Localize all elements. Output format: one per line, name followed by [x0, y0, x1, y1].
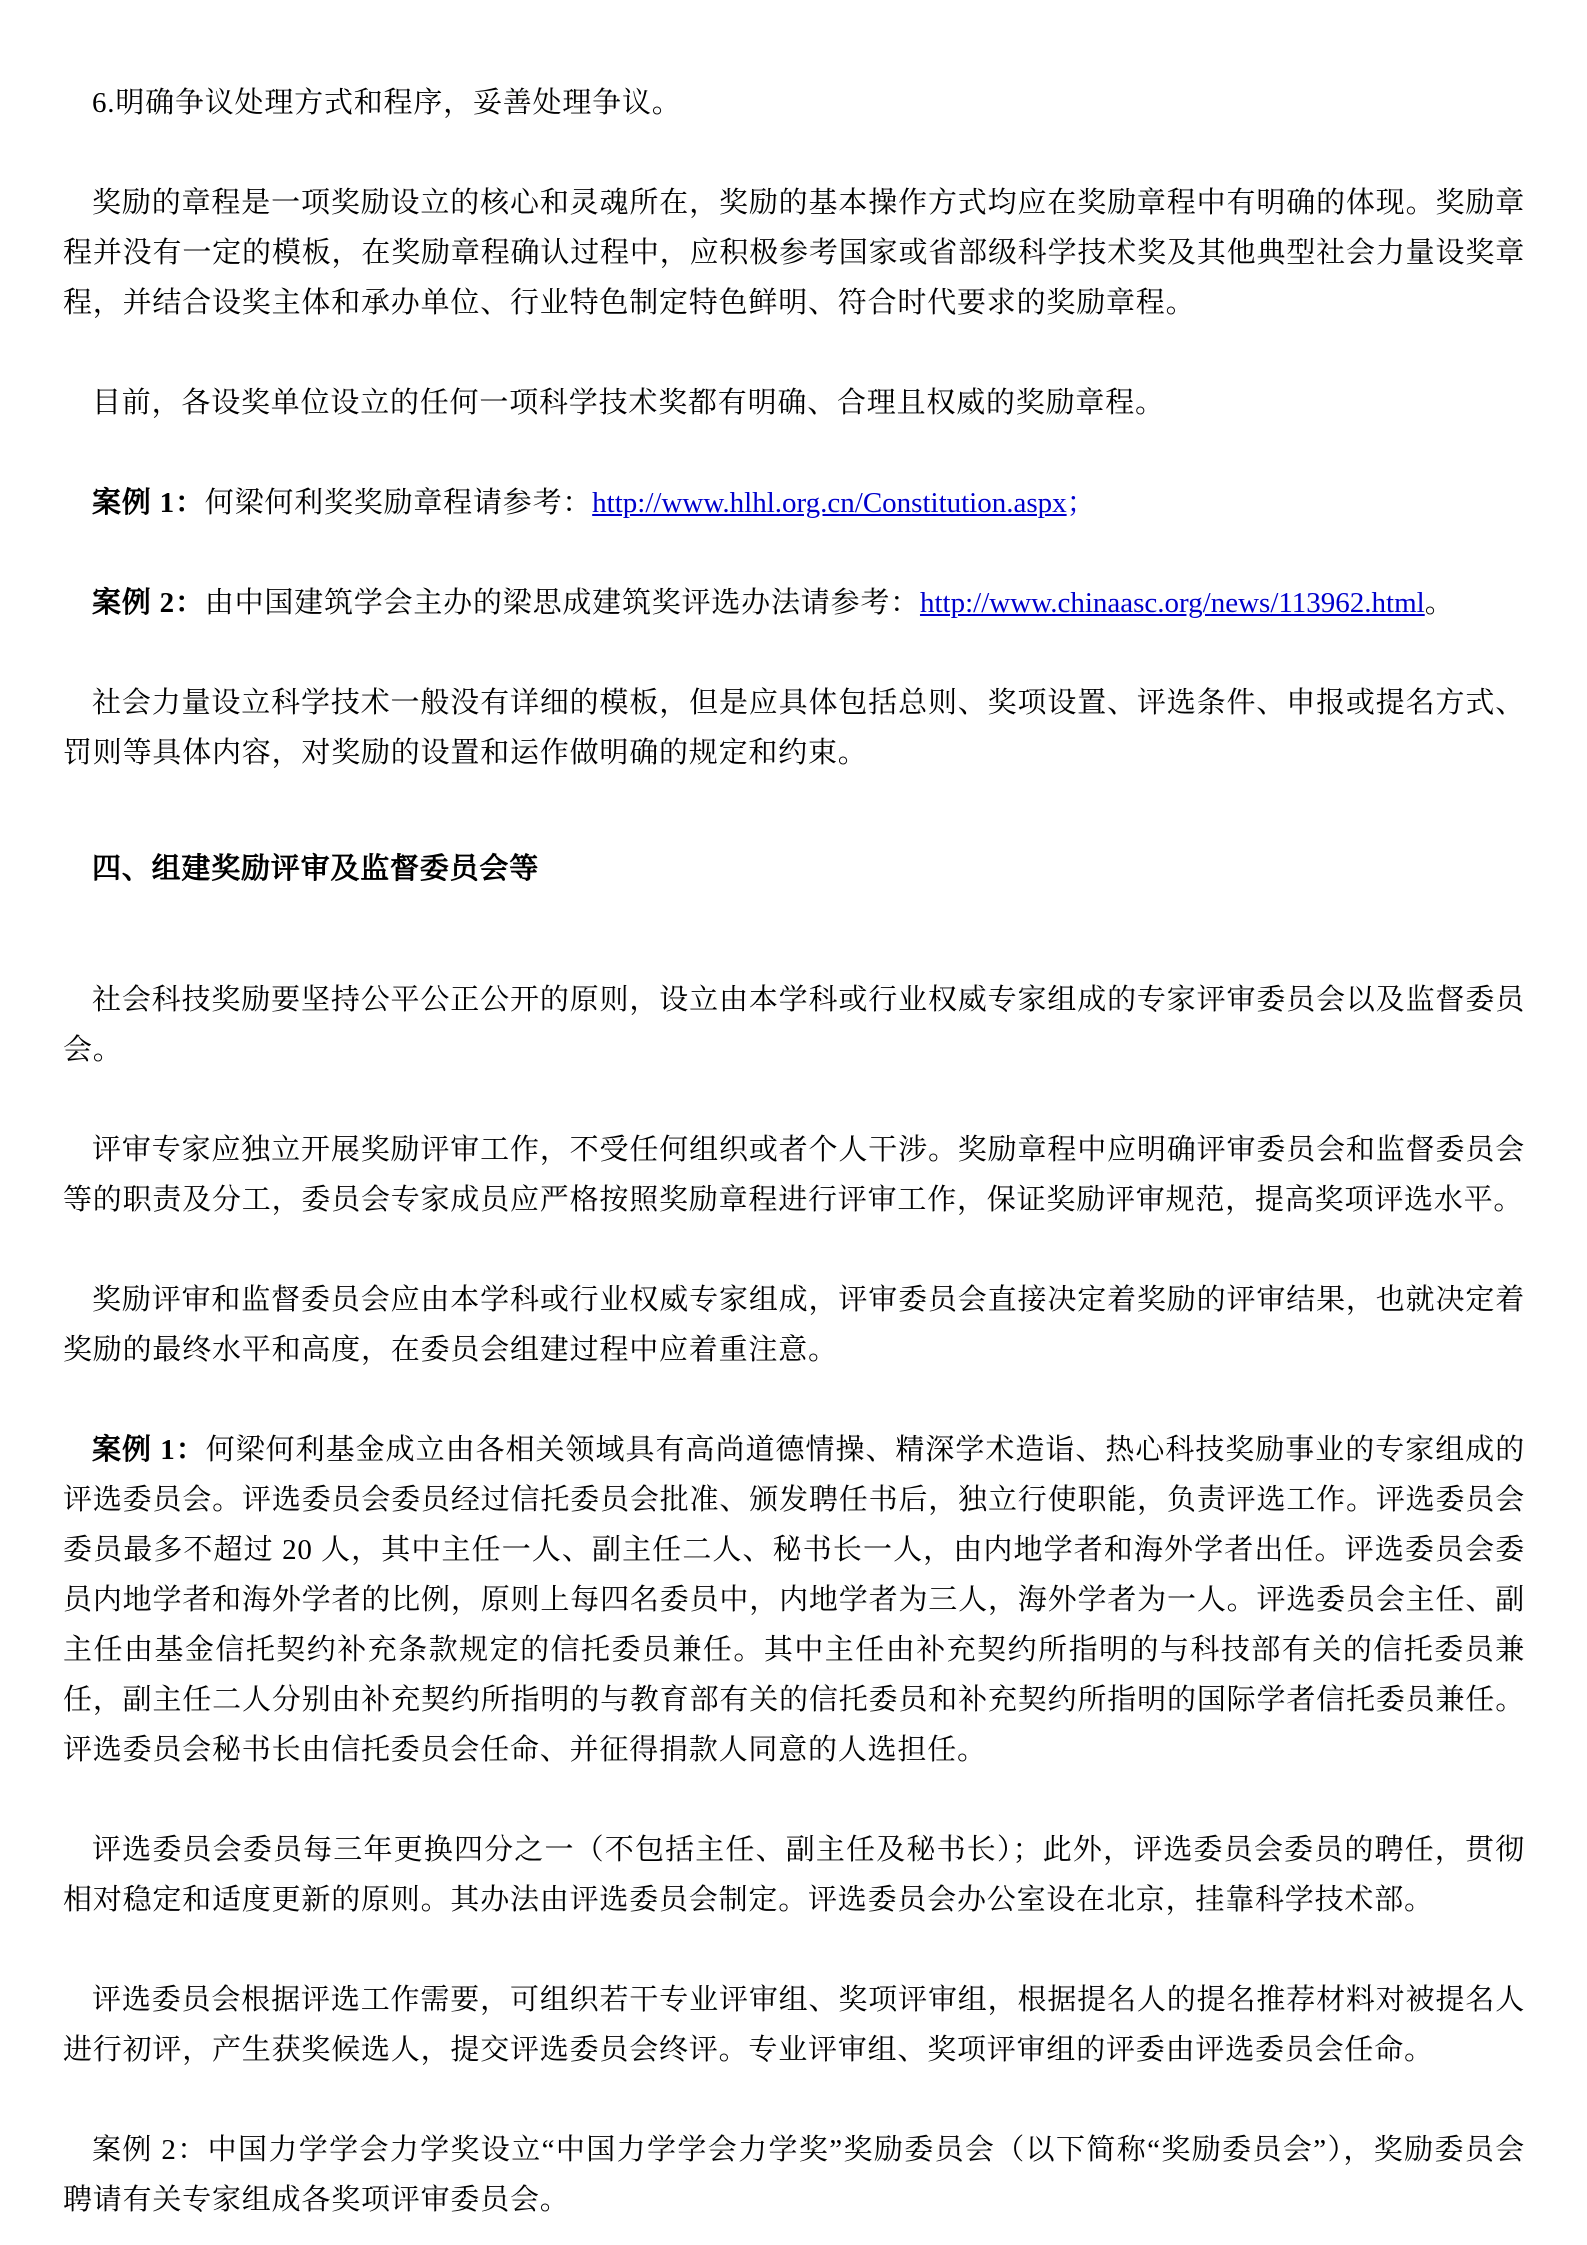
- paragraph: 社会力量设立科学技术一般没有详细的模板，但是应具体包括总则、奖项设置、评选条件、…: [63, 678, 1525, 778]
- paragraph: 案例 2：中国力学学会力学奖设立“中国力学学会力学奖”奖励委员会（以下简称“奖励…: [63, 2125, 1525, 2225]
- paragraph-text: 社会科技奖励要坚持公平公正公开的原则，设立由本学科或行业权威专家组成的专家评审委…: [63, 984, 1525, 1066]
- paragraph: 6.明确争议处理方式和程序，妥善处理争议。: [63, 78, 1525, 128]
- paragraph: 评选委员会委员每三年更换四分之一（不包括主任、副主任及秘书长）；此外，评选委员会…: [63, 1825, 1525, 1925]
- paragraph: 评审专家应独立开展奖励评审工作，不受任何组织或者个人干涉。奖励章程中应明确评审委…: [63, 1125, 1525, 1225]
- hyperlink[interactable]: http://www.hlhl.org.cn/Constitution.aspx: [592, 487, 1066, 519]
- paragraph-text: 评选委员会委员每三年更换四分之一（不包括主任、副主任及秘书长）；此外，评选委员会…: [63, 1834, 1525, 1916]
- paragraph-text: 6.明确争议处理方式和程序，妥善处理争议。: [92, 87, 682, 119]
- paragraph-text: 评选委员会根据评选工作需要，可组织若干专业评审组、奖项评审组，根据提名人的提名推…: [63, 1984, 1525, 2066]
- paragraph: 案例 2：由中国建筑学会主办的梁思成建筑奖评选办法请参考：http://www.…: [63, 578, 1525, 628]
- paragraph: 目前，各设奖单位设立的任何一项科学技术奖都有明确、合理且权威的奖励章程。: [63, 378, 1525, 428]
- case-label: 案例 1：: [92, 487, 205, 519]
- paragraph-text: 由中国建筑学会主办的梁思成建筑奖评选办法请参考：: [205, 587, 920, 619]
- paragraph-text: 社会力量设立科学技术一般没有详细的模板，但是应具体包括总则、奖项设置、评选条件、…: [63, 687, 1525, 769]
- heading-text: 四、组建奖励评审及监督委员会等: [92, 853, 539, 885]
- paragraph: 案例 1：何梁何利奖奖励章程请参考：http://www.hlhl.org.cn…: [63, 478, 1525, 528]
- link-suffix-punctuation: 。: [1425, 587, 1455, 619]
- paragraph: 社会科技奖励要坚持公平公正公开的原则，设立由本学科或行业权威专家组成的专家评审委…: [63, 975, 1525, 1075]
- paragraph: 奖励评审和监督委员会应由本学科或行业权威专家组成，评审委员会直接决定着奖励的评审…: [63, 1275, 1525, 1375]
- paragraph: 奖励的章程是一项奖励设立的核心和灵魂所在，奖励的基本操作方式均应在奖励章程中有明…: [63, 178, 1525, 328]
- document-content: 6.明确争议处理方式和程序，妥善处理争议。奖励的章程是一项奖励设立的核心和灵魂所…: [63, 78, 1525, 2225]
- paragraph-text: 何梁何利基金成立由各相关领域具有高尚道德情操、精深学术造诣、热心科技奖励事业的专…: [63, 1434, 1525, 1766]
- paragraph-text: 奖励的章程是一项奖励设立的核心和灵魂所在，奖励的基本操作方式均应在奖励章程中有明…: [63, 187, 1525, 319]
- paragraph: 评选委员会根据评选工作需要，可组织若干专业评审组、奖项评审组，根据提名人的提名推…: [63, 1975, 1525, 2075]
- paragraph: 案例 1：何梁何利基金成立由各相关领域具有高尚道德情操、精深学术造诣、热心科技奖…: [63, 1425, 1525, 1775]
- paragraph-text: 评审专家应独立开展奖励评审工作，不受任何组织或者个人干涉。奖励章程中应明确评审委…: [63, 1134, 1525, 1216]
- case-label: 案例 2：: [92, 587, 205, 619]
- paragraph-text: 目前，各设奖单位设立的任何一项科学技术奖都有明确、合理且权威的奖励章程。: [92, 387, 1165, 419]
- paragraph-text: 奖励评审和监督委员会应由本学科或行业权威专家组成，评审委员会直接决定着奖励的评审…: [63, 1284, 1525, 1366]
- paragraph-text: 何梁何利奖奖励章程请参考：: [205, 487, 592, 519]
- paragraph-text: 案例 2：中国力学学会力学奖设立“中国力学学会力学奖”奖励委员会（以下简称“奖励…: [63, 2134, 1525, 2216]
- hyperlink[interactable]: http://www.chinaasc.org/news/113962.html: [920, 587, 1425, 619]
- link-suffix-punctuation: ；: [1067, 487, 1097, 519]
- case-label: 案例 1：: [92, 1434, 206, 1466]
- document-page: 6.明确争议处理方式和程序，妥善处理争议。奖励的章程是一项奖励设立的核心和灵魂所…: [0, 0, 1587, 2245]
- section-heading: 四、组建奖励评审及监督委员会等: [63, 844, 1525, 894]
